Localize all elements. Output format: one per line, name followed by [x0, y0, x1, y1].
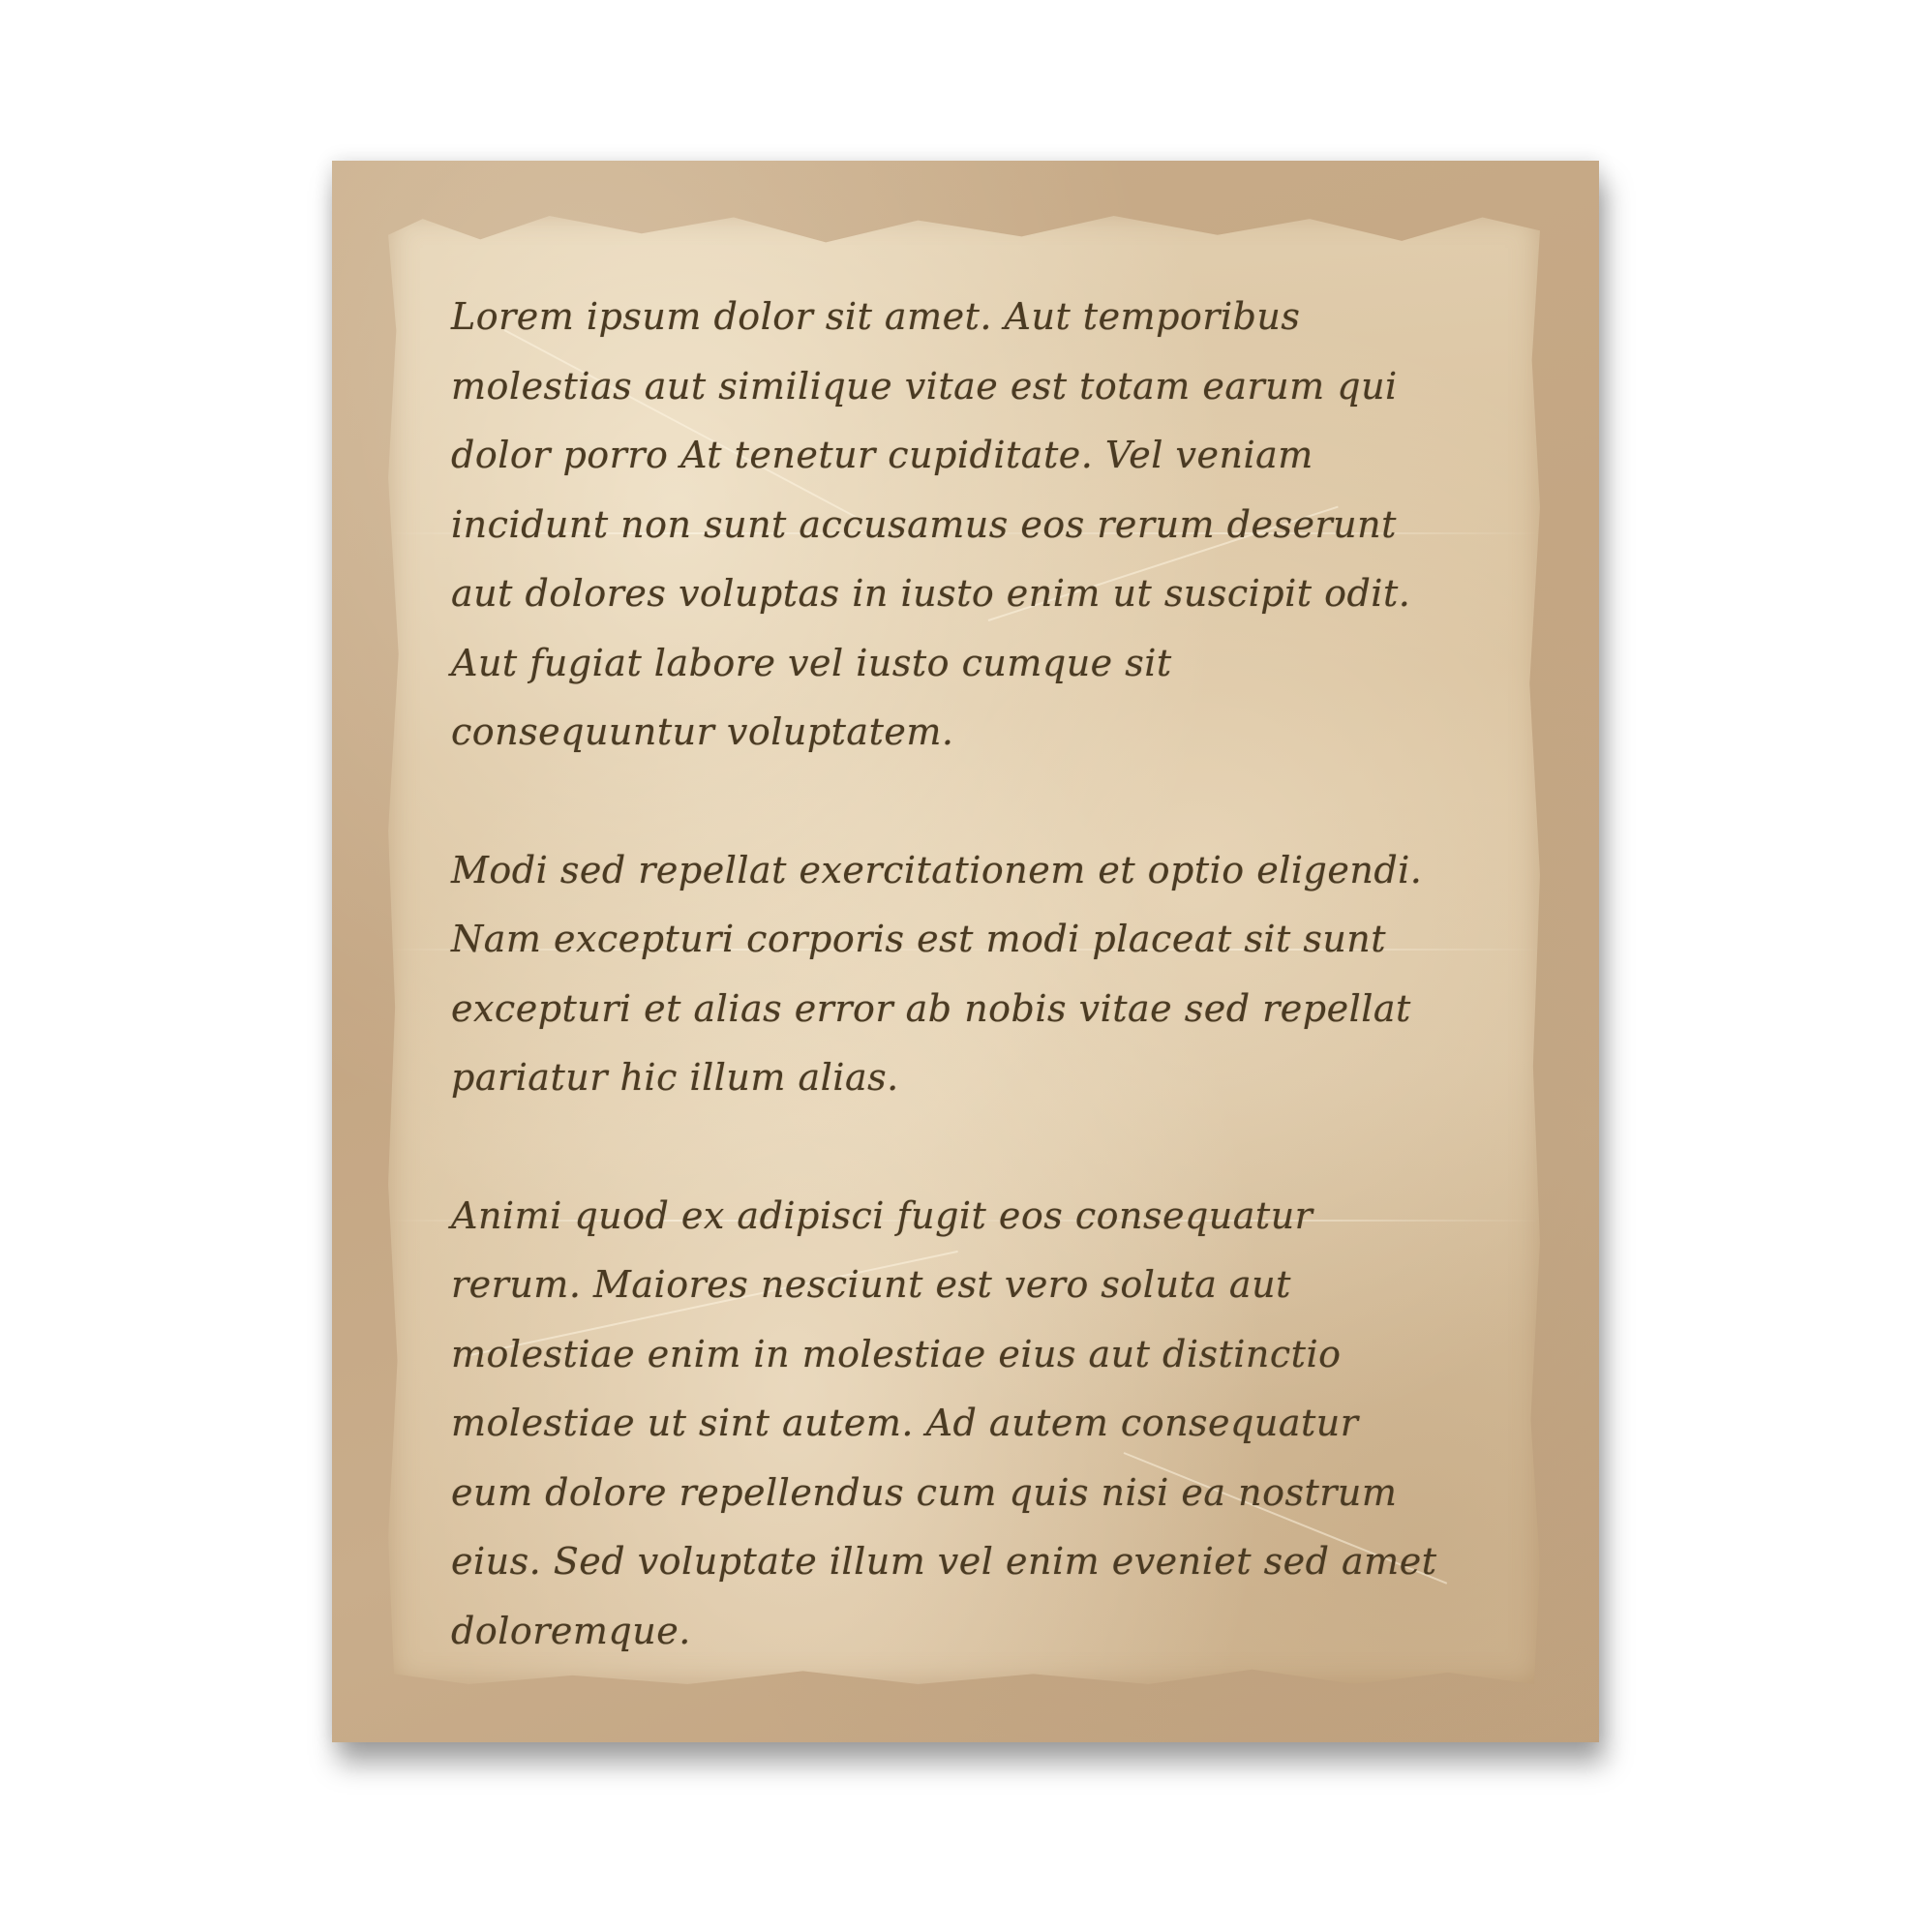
text-line: Modi sed repellat exercitationem et opti…	[451, 836, 1574, 906]
text-line: Aut fugiat labore vel iusto cumque sit	[451, 629, 1574, 699]
text-line: aut dolores voluptas in iusto enim ut su…	[451, 559, 1574, 629]
text-line: rerum. Maiores nesciunt est vero soluta …	[451, 1251, 1574, 1320]
text-line: molestiae enim in molestiae eius aut dis…	[451, 1320, 1574, 1390]
text-line: Nam excepturi corporis est modi placeat …	[451, 905, 1574, 975]
text-line: pariatur hic illum alias.	[451, 1043, 1574, 1113]
paragraph-1: Lorem ipsum dolor sit amet. Aut temporib…	[451, 283, 1574, 768]
paragraph-2: Modi sed repellat exercitationem et opti…	[451, 836, 1574, 1113]
text-line: molestias aut similique vitae est totam …	[451, 352, 1574, 422]
text-line: doloremque.	[451, 1597, 1574, 1667]
text-line: excepturi et alias error ab nobis vitae …	[451, 975, 1574, 1044]
paragraph-3: Animi quod ex adipisci fugit eos consequ…	[451, 1182, 1574, 1667]
handwritten-letter: Lorem ipsum dolor sit amet. Aut temporib…	[451, 283, 1574, 1666]
text-line: Animi quod ex adipisci fugit eos consequ…	[451, 1182, 1574, 1252]
text-line: dolor porro At tenetur cupiditate. Vel v…	[451, 421, 1574, 491]
text-line: eius. Sed voluptate illum vel enim eveni…	[451, 1527, 1574, 1597]
text-line: molestiae ut sint autem. Ad autem conseq…	[451, 1389, 1574, 1459]
text-line: eum dolore repellendus cum quis nisi ea …	[451, 1459, 1574, 1528]
text-line: consequuntur voluptatem.	[451, 698, 1574, 768]
text-line: Lorem ipsum dolor sit amet. Aut temporib…	[451, 283, 1574, 352]
text-line: incidunt non sunt accusamus eos rerum de…	[451, 491, 1574, 560]
